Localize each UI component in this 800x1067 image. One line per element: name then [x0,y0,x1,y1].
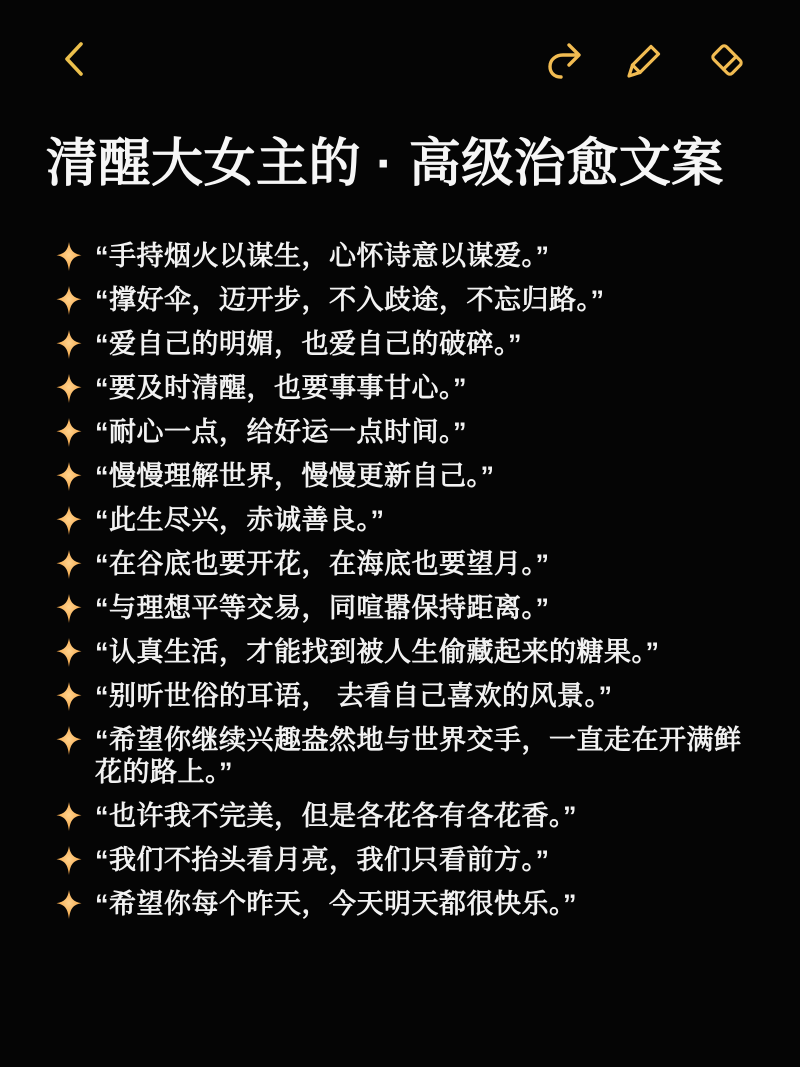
quote-item: “希望你继续兴趣盎然地与世界交手，一直走在开满鲜花的路上。” [56,724,768,788]
eraser-icon [707,40,747,80]
quote-item: “希望你每个昨天，今天明天都很快乐。” [56,888,768,920]
edit-button[interactable] [625,40,665,80]
quote-text: “在谷底也要开花，在海底也要望月。” [95,548,550,580]
chevron-left-icon [60,40,90,78]
quote-text: “认真生活，才能找到被人生偷藏起来的糖果。” [95,636,660,668]
page-title: 清醒大女主的 · 高级治愈文案 [46,121,786,196]
redo-button[interactable] [547,40,583,80]
sparkle-star-icon [56,594,82,624]
quote-item: “认真生活，才能找到被人生偷藏起来的糖果。” [56,636,768,668]
quote-item: “别听世俗的耳语， 去看自己喜欢的风景。” [56,680,768,712]
quote-item: “手持烟火以谋生，心怀诗意以谋爱。” [56,240,768,272]
sparkle-star-icon [56,418,82,448]
quote-text: “手持烟火以谋生，心怀诗意以谋爱。” [95,240,550,272]
sparkle-star-icon [56,802,82,832]
pencil-icon [625,40,665,80]
quote-text: “希望你继续兴趣盎然地与世界交手，一直走在开满鲜花的路上。” [95,724,768,788]
quote-text: “别听世俗的耳语， 去看自己喜欢的风景。” [95,680,613,712]
quote-item: “撑好伞，迈开步，不入歧途，不忘归路。” [56,284,768,316]
quote-item: “此生尽兴，赤诚善良。” [56,504,768,536]
sparkle-star-icon [56,330,82,360]
quote-item: “耐心一点，给好运一点时间。” [56,416,768,448]
sparkle-star-icon [56,846,82,876]
sparkle-star-icon [56,374,82,404]
quote-item: “与理想平等交易，同喧嚣保持距离。” [56,592,768,624]
sparkle-star-icon [56,286,82,316]
note-page: { "theme": { "bg": "#050505", "accent": … [0,0,800,1067]
quote-item: “也许我不完美，但是各花各有各花香。” [56,800,768,832]
quote-text: “与理想平等交易，同喧嚣保持距离。” [95,592,550,624]
sparkle-star-icon [56,506,82,536]
quote-text: “慢慢理解世界，慢慢更新自己。” [95,460,495,492]
quote-text: “此生尽兴，赤诚善良。” [95,504,385,536]
quote-text: “要及时清醒，也要事事甘心。” [95,372,467,404]
quote-item: “要及时清醒，也要事事甘心。” [56,372,768,404]
sparkle-star-icon [56,682,82,712]
eraser-button[interactable] [707,40,747,80]
quote-text: “撑好伞，迈开步，不入歧途，不忘归路。” [95,284,605,316]
quote-text: “希望你每个昨天，今天明天都很快乐。” [95,888,577,920]
quote-list: “手持烟火以谋生，心怀诗意以谋爱。” “撑好伞，迈开步，不入歧途，不忘归路。” … [56,240,768,920]
redo-arrow-icon [547,40,583,80]
quote-text: “耐心一点，给好运一点时间。” [95,416,467,448]
sparkle-star-icon [56,242,82,272]
sparkle-star-icon [56,550,82,580]
sparkle-star-icon [56,890,82,920]
sparkle-star-icon [56,638,82,668]
quote-item: “慢慢理解世界，慢慢更新自己。” [56,460,768,492]
quote-text: “爱自己的明媚，也爱自己的破碎。” [95,328,522,360]
back-button[interactable] [60,40,90,78]
quote-item: “我们不抬头看月亮，我们只看前方。” [56,844,768,876]
quote-item: “爱自己的明媚，也爱自己的破碎。” [56,328,768,360]
sparkle-star-icon [56,726,82,756]
toolbar [0,0,800,96]
quote-text: “也许我不完美，但是各花各有各花香。” [95,800,577,832]
quote-text: “我们不抬头看月亮，我们只看前方。” [95,844,550,876]
quote-item: “在谷底也要开花，在海底也要望月。” [56,548,768,580]
sparkle-star-icon [56,462,82,492]
